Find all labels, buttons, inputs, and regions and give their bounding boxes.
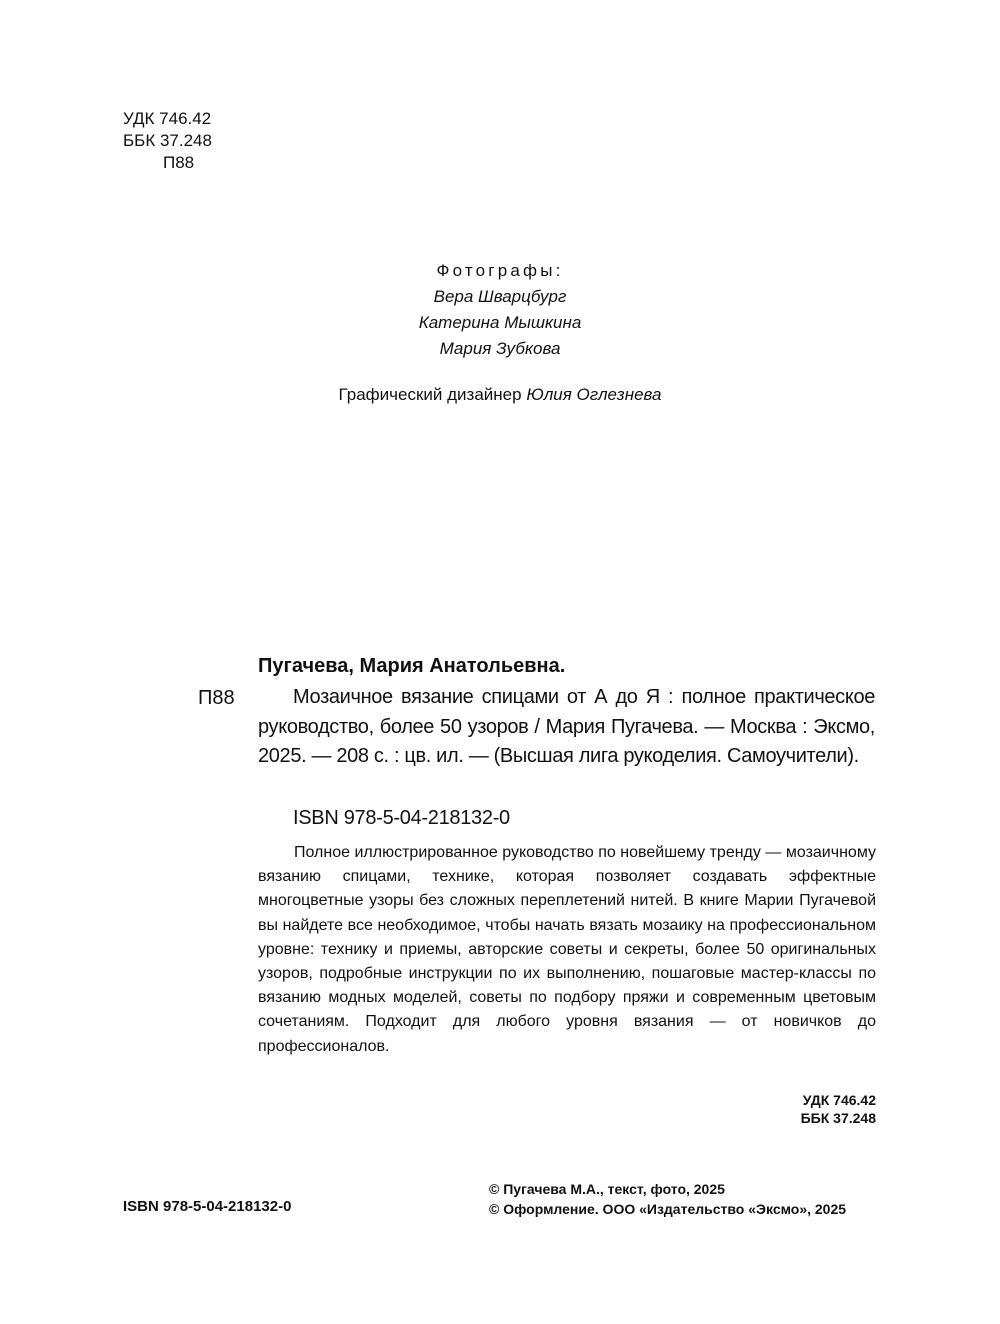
udk-code: УДК 746.42 [123,108,212,130]
designer-name: Юлия Оглезнева [526,385,661,404]
udk-code: УДК 746.42 [801,1091,876,1109]
photographer-name: Мария Зубкова [0,336,1000,362]
card-cutter: П88 [198,684,235,712]
card-isbn: ISBN 978-5-04-218132-0 [293,804,510,832]
annotation: Полное иллюстрированное руководство по н… [258,841,876,1059]
classification-top: УДК 746.42 ББК 37.248 П88 [123,108,212,174]
copyright-line: © Пугачева М.А., текст, фото, 2025 [489,1179,846,1199]
photographer-name: Вера Шварцбург [0,284,1000,310]
card-description: Мозаичное вязание спицами от А до Я : по… [258,683,875,772]
copyright-block: © Пугачева М.А., текст, фото, 2025 © Офо… [489,1179,846,1219]
classification-bottom: УДК 746.42 ББК 37.248 [801,1091,876,1127]
copyright-line: © Оформление. ООО «Издательство «Эксмо»,… [489,1199,846,1219]
photographers-label: Фотографы: [0,258,1000,284]
isbn-bottom: ISBN 978-5-04-218132-0 [123,1197,291,1217]
bbk-code: ББК 37.248 [801,1109,876,1127]
bbk-code: ББК 37.248 [123,130,212,152]
card-author: Пугачева, Мария Анатольевна. [258,652,565,680]
credits-block: Фотографы: Вера Шварцбург Катерина Мышки… [0,258,1000,408]
designer-label: Графический дизайнер [339,385,522,404]
author-cutter: П88 [123,152,212,174]
designer-credit: Графический дизайнер Юлия Оглезнева [0,382,1000,408]
photographer-name: Катерина Мышкина [0,310,1000,336]
